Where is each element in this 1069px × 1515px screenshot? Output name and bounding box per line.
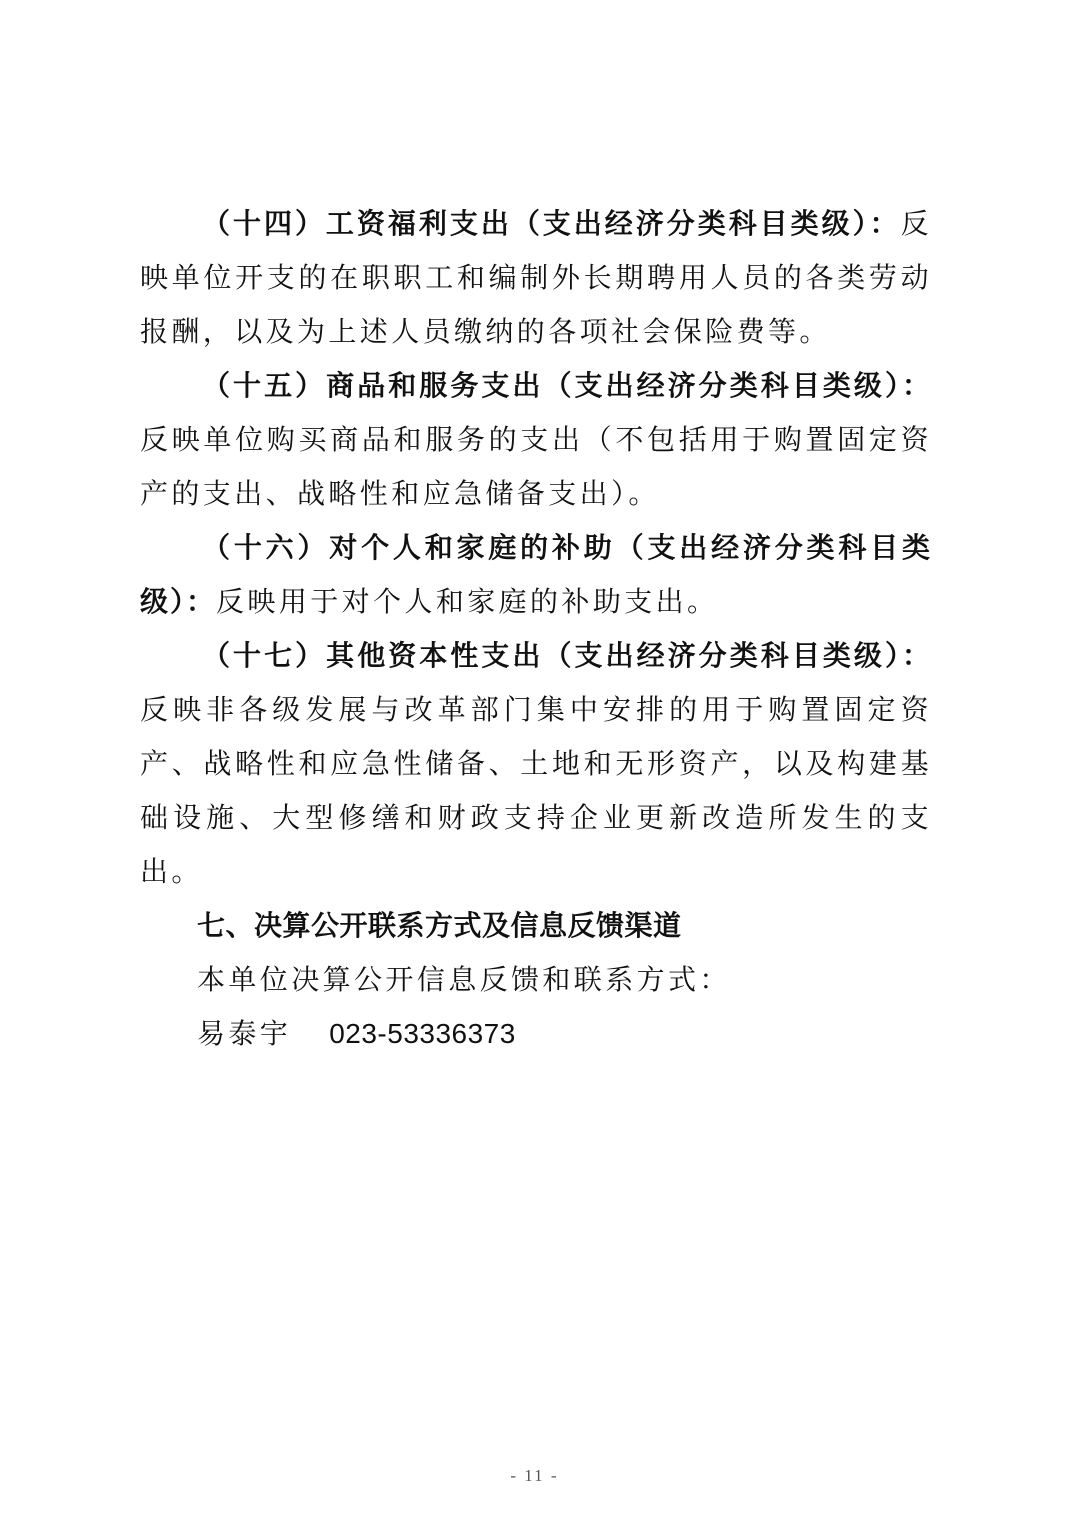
section-goods-services: （十五）商品和服务支出（支出经济分类科目类级）：反映单位购买商品和服务的支出（不… bbox=[140, 359, 932, 521]
section-lead: （十五）商品和服务支出（支出经济分类科目类级）： bbox=[202, 369, 932, 402]
section-body: 反映非各级发展与改革部门集中安排的用于购置固定资产、战略性和应急性储备、土地和无… bbox=[140, 693, 932, 888]
section-other-capital: （十七）其他资本性支出（支出经济分类科目类级）：反映非各级发展与改革部门集中安排… bbox=[140, 629, 932, 899]
contact-intro: 本单位决算公开信息反馈和联系方式： bbox=[140, 953, 932, 1007]
document-content: （十四）工资福利支出（支出经济分类科目类级）：反映单位开支的在职职工和编制外长期… bbox=[140, 197, 932, 1061]
section-heading-contact: 七、决算公开联系方式及信息反馈渠道 bbox=[140, 899, 932, 953]
contact-name: 易泰宇 bbox=[197, 1007, 291, 1061]
section-wage-welfare: （十四）工资福利支出（支出经济分类科目类级）：反映单位开支的在职职工和编制外长期… bbox=[140, 197, 932, 359]
contact-phone: 023-53336373 bbox=[329, 1007, 516, 1061]
section-lead: （十七）其他资本性支出（支出经济分类科目类级）： bbox=[202, 639, 932, 672]
contact-line: 易泰宇023-53336373 bbox=[140, 1007, 932, 1061]
section-body: 反映用于对个人和家庭的补助支出。 bbox=[216, 585, 718, 618]
section-body: 反映单位购买商品和服务的支出（不包括用于购置固定资产的支出、战略性和应急储备支出… bbox=[140, 423, 932, 510]
document-page: （十四）工资福利支出（支出经济分类科目类级）：反映单位开支的在职职工和编制外长期… bbox=[0, 0, 1069, 1515]
section-household-subsidy: （十六）对个人和家庭的补助（支出经济分类科目类级）：反映用于对个人和家庭的补助支… bbox=[140, 521, 932, 629]
section-lead: （十四）工资福利支出（支出经济分类科目类级）： bbox=[202, 207, 901, 240]
page-number: - 11 - bbox=[0, 1466, 1069, 1486]
